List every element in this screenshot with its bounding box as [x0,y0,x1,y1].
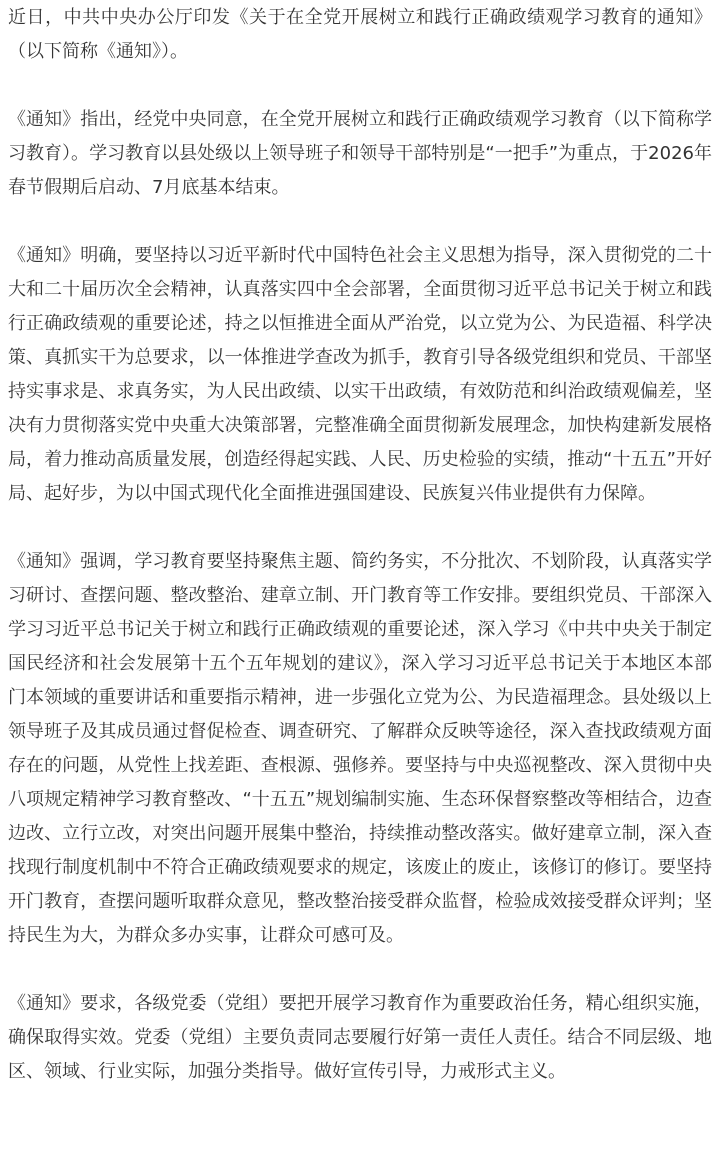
article-paragraph-intro: 近日，中共中央办公厅印发《关于在全党开展树立和践行正确政绩观学习教育的通知》（以… [8,1,712,69]
article-paragraph-guidance: 《通知》明确，要坚持以习近平新时代中国特色社会主义思想为指导，深入贯彻党的二十大… [8,239,712,511]
article-paragraph-requirements: 《通知》要求，各级党委（党组）要把开展学习教育作为重要政治任务，精心组织实施，确… [8,987,712,1089]
article-paragraph-emphasis: 《通知》强调，学习教育要坚持聚焦主题、简约务实，不分批次、不划阶段，认真落实学习… [8,545,712,953]
article-paragraph-scope: 《通知》指出，经党中央同意，在全党开展树立和践行正确政绩观学习教育（以下简称学习… [8,103,712,205]
article-body: 近日，中共中央办公厅印发《关于在全党开展树立和践行正确政绩观学习教育的通知》（以… [0,0,720,1089]
